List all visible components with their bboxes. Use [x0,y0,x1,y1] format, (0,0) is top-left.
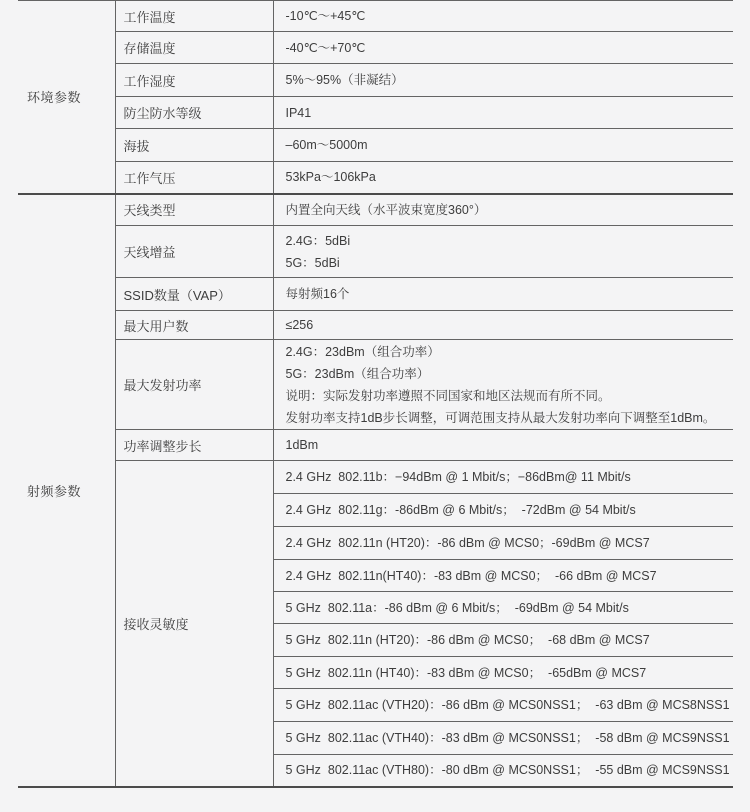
value-cell: 每射频16个 [273,278,733,311]
value-cell: –60m～5000m [273,129,733,162]
table-row: SSID数量（VAP） 每射频16个 [18,278,733,311]
value-line: 5 GHz 802.11ac (VTH80)：-80 dBm @ MCS0NSS… [286,759,734,781]
value-cell: -10℃～+45℃ [273,1,733,32]
value-line: IP41 [286,102,734,124]
value-line: 说明：实际发射功率遵照不同国家和地区法规而有所不同。 [286,385,734,407]
value-cell: IP41 [273,97,733,129]
value-line: 2.4 GHz 802.11n (HT20)：-86 dBm @ MCS0；-6… [286,532,734,554]
value-line: 53kPa～106kPa [286,166,734,188]
param-cell: 工作气压 [115,162,273,194]
table-row: 海拔 –60m～5000m [18,129,733,162]
value-cell: 5 GHz 802.11a：-86 dBm @ 6 Mbit/s； -69dBm… [273,592,733,624]
table-row: 最大发射功率 2.4G：23dBm（组合功率） 5G：23dBm（组合功率） 说… [18,340,733,430]
table-row: 环境参数 工作温度 -10℃～+45℃ [18,1,733,32]
value-cell: 53kPa～106kPa [273,162,733,194]
value-cell: 5 GHz 802.11n (HT40)：-83 dBm @ MCS0； -65… [273,657,733,689]
table-row: 存储温度 -40℃～+70℃ [18,32,733,64]
value-line: 2.4 GHz 802.11n(HT40)：-83 dBm @ MCS0； -6… [286,565,734,587]
value-cell: 内置全向天线（水平波束宽度360°） [273,194,733,226]
value-cell: 2.4 GHz 802.11n(HT40)：-83 dBm @ MCS0； -6… [273,560,733,592]
param-cell: SSID数量（VAP） [115,278,273,311]
value-line: 5G：5dBi [286,252,734,274]
value-line: 2.4G：23dBm（组合功率） [286,341,734,363]
param-cell: 海拔 [115,129,273,162]
param-cell: 存储温度 [115,32,273,64]
value-cell: 2.4 GHz 802.11b：−94dBm @ 1 Mbit/s；−86dBm… [273,461,733,494]
value-cell: 2.4G：5dBi 5G：5dBi [273,226,733,278]
value-line: 5 GHz 802.11ac (VTH40)：-83 dBm @ MCS0NSS… [286,727,734,749]
table-row: 射频参数 天线类型 内置全向天线（水平波束宽度360°） [18,194,733,226]
spec-table: 环境参数 工作温度 -10℃～+45℃ 存储温度 -40℃～+70℃ 工作湿度 … [18,0,733,788]
value-line: 5 GHz 802.11n (HT20)：-86 dBm @ MCS0； -68… [286,629,734,651]
value-line: -10℃～+45℃ [286,5,734,27]
table-row: 防尘防水等级 IP41 [18,97,733,129]
value-cell: -40℃～+70℃ [273,32,733,64]
param-cell: 天线类型 [115,194,273,226]
value-line: 5 GHz 802.11a：-86 dBm @ 6 Mbit/s； -69dBm… [286,597,734,619]
table-row: 天线增益 2.4G：5dBi 5G：5dBi [18,226,733,278]
value-line: 5%～95%（非凝结） [286,69,734,91]
param-cell: 最大用户数 [115,311,273,340]
table-row: 功率调整步长 1dBm [18,430,733,461]
value-cell: ≤256 [273,311,733,340]
value-cell: 1dBm [273,430,733,461]
value-cell: 2.4 GHz 802.11g：-86dBm @ 6 Mbit/s； -72dB… [273,494,733,527]
value-cell: 2.4G：23dBm（组合功率） 5G：23dBm（组合功率） 说明：实际发射功… [273,340,733,430]
value-line: 2.4 GHz 802.11b：−94dBm @ 1 Mbit/s；−86dBm… [286,466,734,488]
value-cell: 5 GHz 802.11ac (VTH40)：-83 dBm @ MCS0NSS… [273,722,733,755]
value-cell: 2.4 GHz 802.11n (HT20)：-86 dBm @ MCS0；-6… [273,527,733,560]
table-row: 工作湿度 5%～95%（非凝结） [18,64,733,97]
param-cell: 工作湿度 [115,64,273,97]
value-cell: 5 GHz 802.11n (HT20)：-86 dBm @ MCS0； -68… [273,624,733,657]
category-cell-rf: 射频参数 [18,194,115,787]
value-cell: 5 GHz 802.11ac (VTH20)：-86 dBm @ MCS0NSS… [273,689,733,722]
value-line: 5G：23dBm（组合功率） [286,363,734,385]
param-cell: 防尘防水等级 [115,97,273,129]
value-line: ≤256 [286,314,734,336]
category-cell-environment: 环境参数 [18,1,115,194]
table-row: 最大用户数 ≤256 [18,311,733,340]
param-cell: 天线增益 [115,226,273,278]
value-line: 1dBm [286,434,734,456]
param-cell: 工作温度 [115,1,273,32]
param-cell: 最大发射功率 [115,340,273,430]
value-line: 2.4 GHz 802.11g：-86dBm @ 6 Mbit/s； -72dB… [286,499,734,521]
value-line: 发射功率支持1dB步长调整，可调范围支持从最大发射功率向下调整至1dBm。 [286,407,734,429]
value-line: 内置全向天线（水平波束宽度360°） [286,199,734,221]
value-line: 2.4G：5dBi [286,230,734,252]
value-line: 5 GHz 802.11ac (VTH20)：-86 dBm @ MCS0NSS… [286,694,734,716]
value-line: 每射频16个 [286,283,734,305]
table-row: 接收灵敏度 2.4 GHz 802.11b：−94dBm @ 1 Mbit/s；… [18,461,733,494]
table-row: 工作气压 53kPa～106kPa [18,162,733,194]
value-line: –60m～5000m [286,134,734,156]
param-cell: 功率调整步长 [115,430,273,461]
value-line: -40℃～+70℃ [286,37,734,59]
spec-sheet: 环境参数 工作温度 -10℃～+45℃ 存储温度 -40℃～+70℃ 工作湿度 … [18,0,733,788]
value-line: 5 GHz 802.11n (HT40)：-83 dBm @ MCS0； -65… [286,662,734,684]
value-cell: 5%～95%（非凝结） [273,64,733,97]
param-cell-sensitivity: 接收灵敏度 [115,461,273,787]
value-cell: 5 GHz 802.11ac (VTH80)：-80 dBm @ MCS0NSS… [273,755,733,787]
